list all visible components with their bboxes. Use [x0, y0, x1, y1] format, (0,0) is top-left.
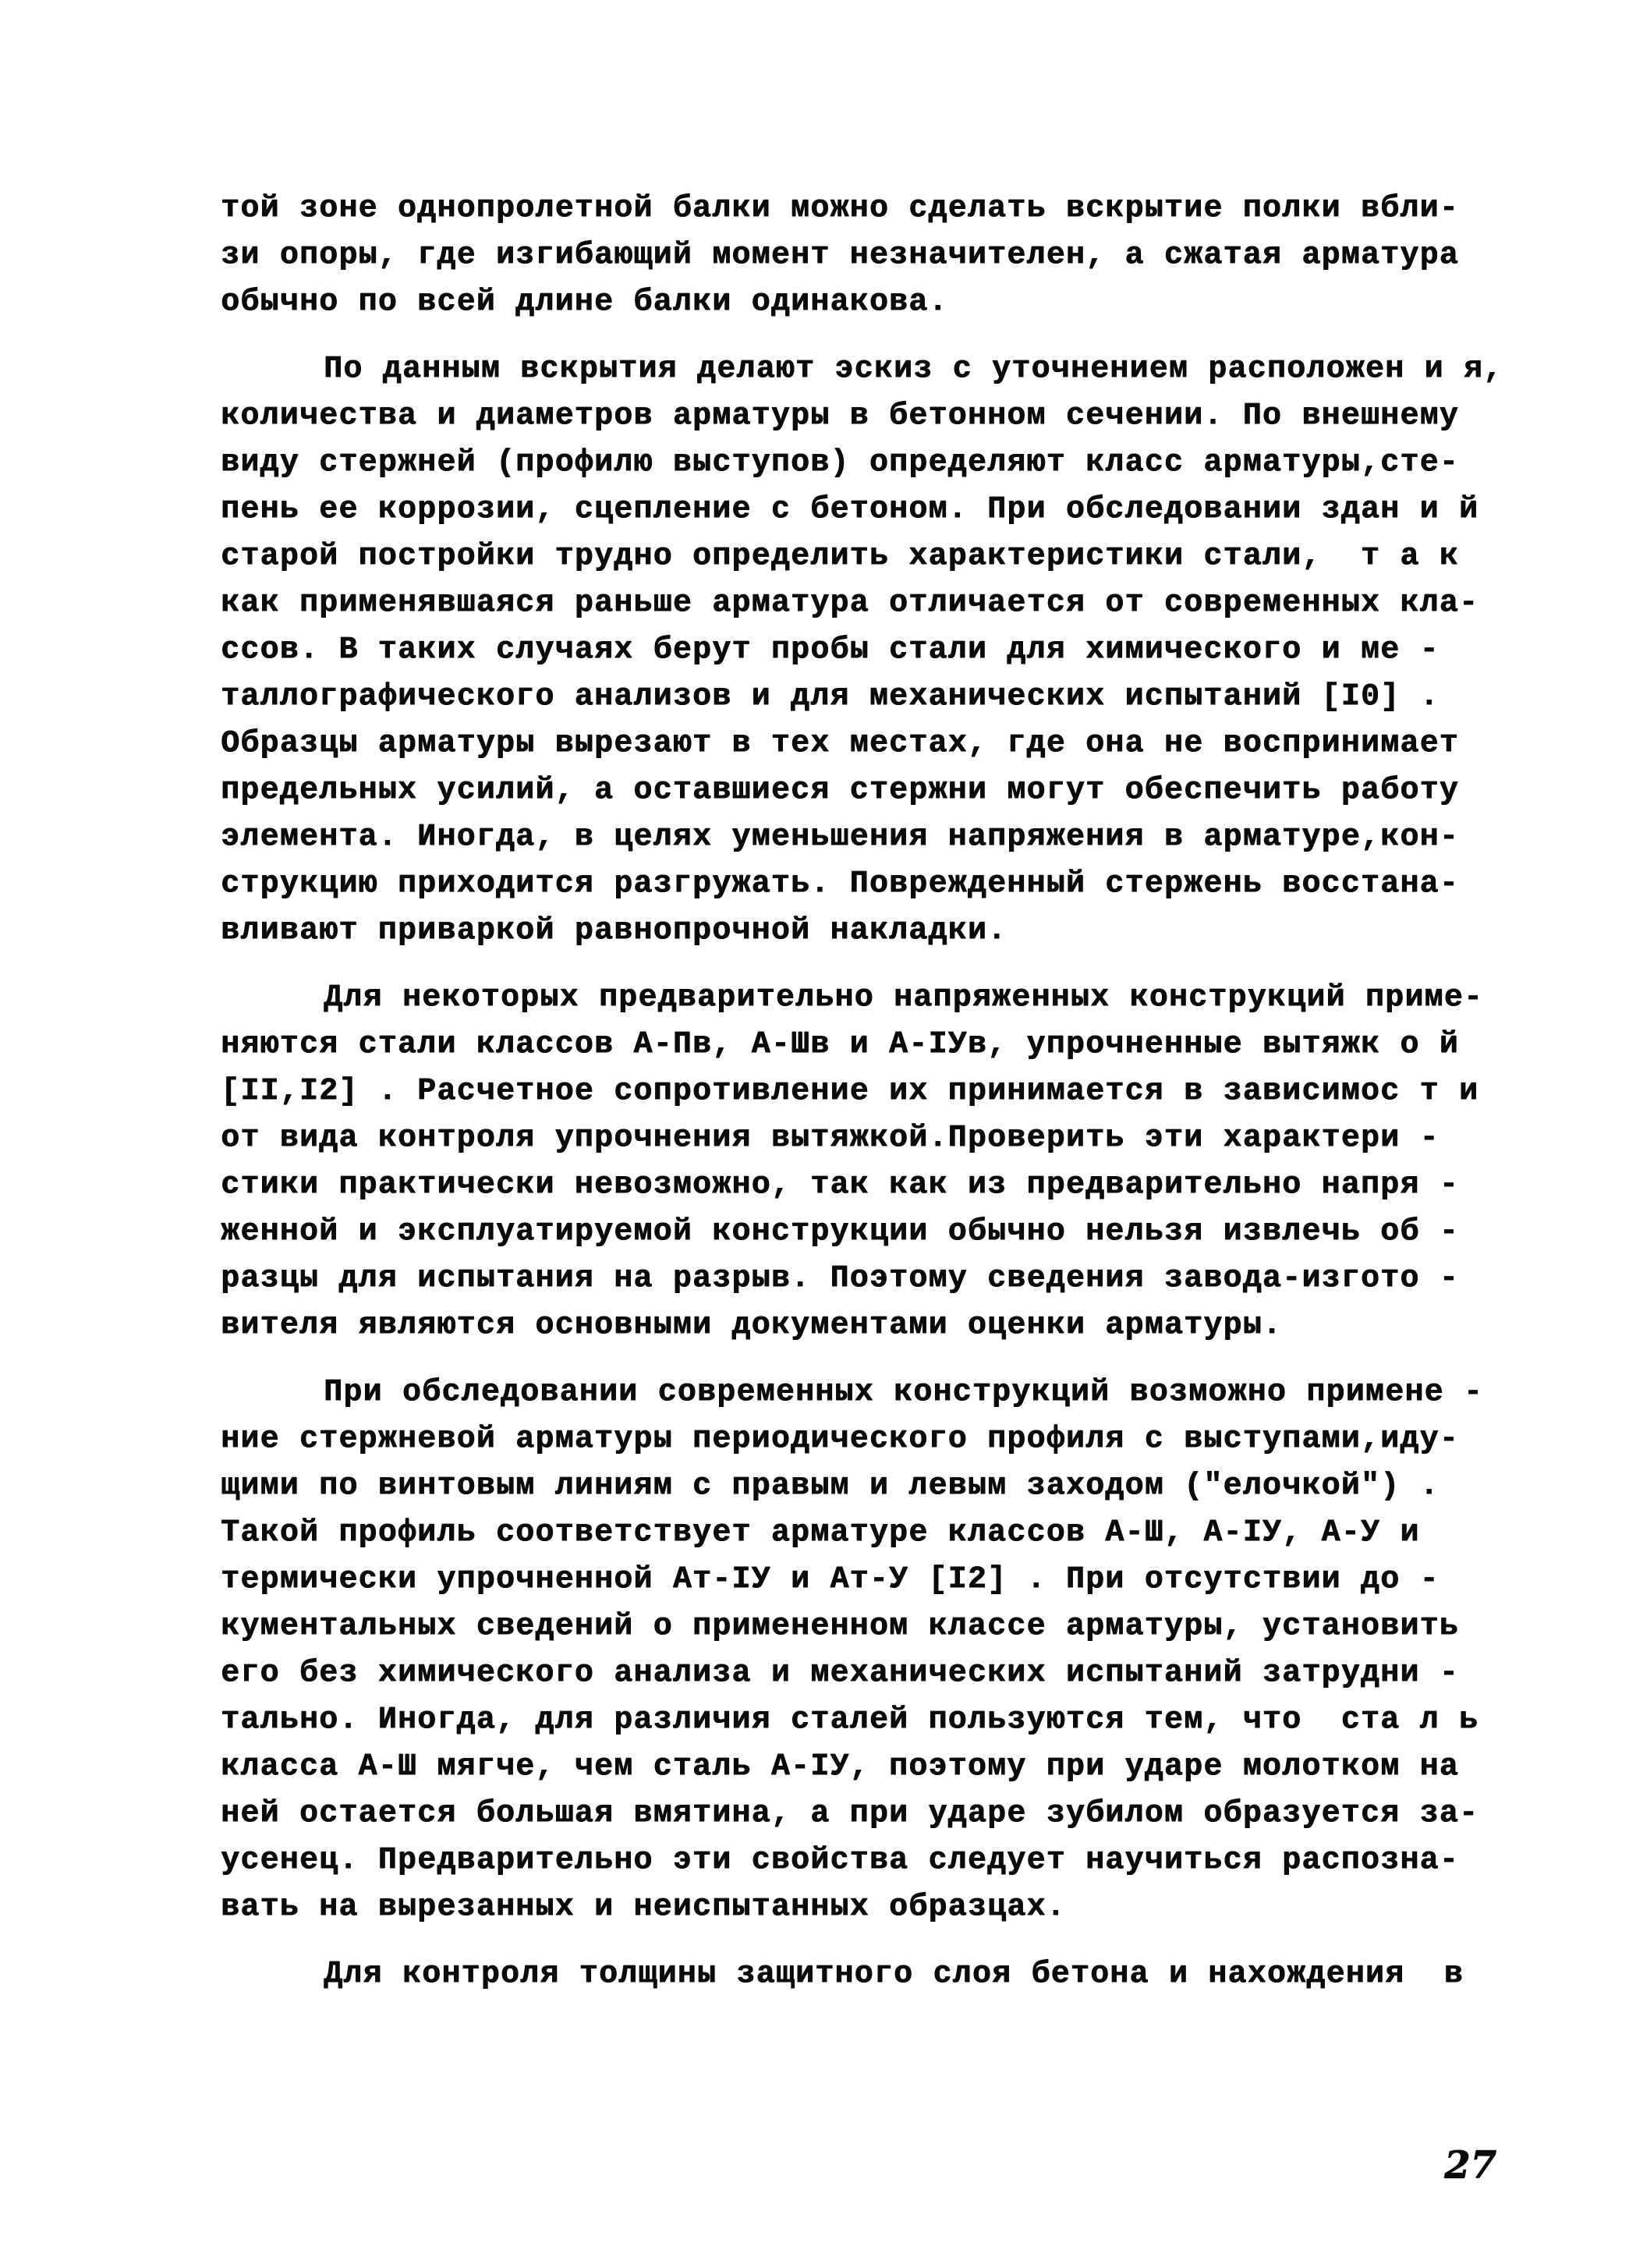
- paragraph: По данным вскрытия делают эскиз с уточне…: [221, 346, 1515, 955]
- text-line: его без химического анализа и механическ…: [221, 1650, 1515, 1697]
- paragraph: Для некоторых предварительно напряженных…: [221, 975, 1515, 1349]
- text-line: тально. Иногда, для различия сталей поль…: [221, 1697, 1515, 1744]
- text-line: струкцию приходится разгружать. Поврежде…: [221, 861, 1515, 908]
- text-line: [II,I2] . Расчетное сопротивление их при…: [221, 1068, 1515, 1115]
- paragraph: При обследовании современных конструкций…: [221, 1370, 1515, 1931]
- text-line: термически упрочненной Ат-IУ и Ат-У [I2]…: [221, 1557, 1515, 1604]
- text-line: ссов. В таких случаях берут пробы стали …: [221, 627, 1515, 674]
- text-line: зи опоры, где изгибающий момент незначит…: [221, 232, 1515, 279]
- text-line: женной и эксплуатируемой конструкции обы…: [221, 1209, 1515, 1256]
- text-line: от вида контроля упрочнения вытяжкой.Про…: [221, 1115, 1515, 1162]
- text-line: разцы для испытания на разрыв. Поэтому с…: [221, 1256, 1515, 1302]
- text-line: Образцы арматуры вырезают в тех местах, …: [221, 721, 1515, 767]
- text-line: виду стержней (профилю выступов) определ…: [221, 440, 1515, 487]
- text-line: вать на вырезанных и неиспытанных образц…: [221, 1884, 1515, 1931]
- document-page: той зоне однопролетной балки можно сдела…: [0, 0, 1629, 2268]
- text-line: старой постройки трудно определить харак…: [221, 533, 1515, 580]
- paragraph: той зоне однопролетной балки можно сдела…: [221, 186, 1515, 326]
- text-line: Такой профиль соответствует арматуре кла…: [221, 1510, 1515, 1557]
- text-line: предельных усилий, а оставшиеся стержни …: [221, 767, 1515, 814]
- text-block: той зоне однопролетной балки можно сдела…: [221, 186, 1515, 2018]
- text-line: как применявшаяся раньше арматура отлича…: [221, 580, 1515, 627]
- text-line: няются стали классов А-Пв, А-Шв и А-IУв,…: [221, 1022, 1515, 1068]
- text-line: класса А-Ш мягче, чем сталь А-IУ, поэтом…: [221, 1744, 1515, 1791]
- text-line: кументальных сведений о примененном клас…: [221, 1604, 1515, 1650]
- text-line: усенец. Предварительно эти свойства след…: [221, 1837, 1515, 1884]
- text-line: щими по винтовым линиям с правым и левым…: [221, 1463, 1515, 1510]
- text-line: ние стержневой арматуры периодического п…: [221, 1416, 1515, 1463]
- text-line: количества и диаметров арматуры в бетонн…: [221, 393, 1515, 440]
- text-line: По данным вскрытия делают эскиз с уточне…: [221, 346, 1515, 393]
- text-line: той зоне однопролетной балки можно сдела…: [221, 186, 1515, 232]
- text-line: стики практически невозможно, так как из…: [221, 1162, 1515, 1209]
- text-line: При обследовании современных конструкций…: [221, 1370, 1515, 1416]
- text-line: Для некоторых предварительно напряженных…: [221, 975, 1515, 1022]
- text-line: обычно по всей длине балки одинакова.: [221, 279, 1515, 326]
- text-line: вителя являются основными документами оц…: [221, 1302, 1515, 1349]
- text-line: Для контроля толщины защитного слоя бето…: [221, 1951, 1515, 1998]
- page-number: 27: [1444, 2143, 1496, 2187]
- text-line: вливают приваркой равнопрочной накладки.: [221, 908, 1515, 955]
- text-line: элемента. Иногда, в целях уменьшения нап…: [221, 814, 1515, 861]
- text-line: пень ее коррозии, сцепление с бетоном. П…: [221, 487, 1515, 533]
- text-line: таллографического анализов и для механич…: [221, 674, 1515, 721]
- text-line: ней остается большая вмятина, а при удар…: [221, 1791, 1515, 1837]
- paragraph: Для контроля толщины защитного слоя бето…: [221, 1951, 1515, 1998]
